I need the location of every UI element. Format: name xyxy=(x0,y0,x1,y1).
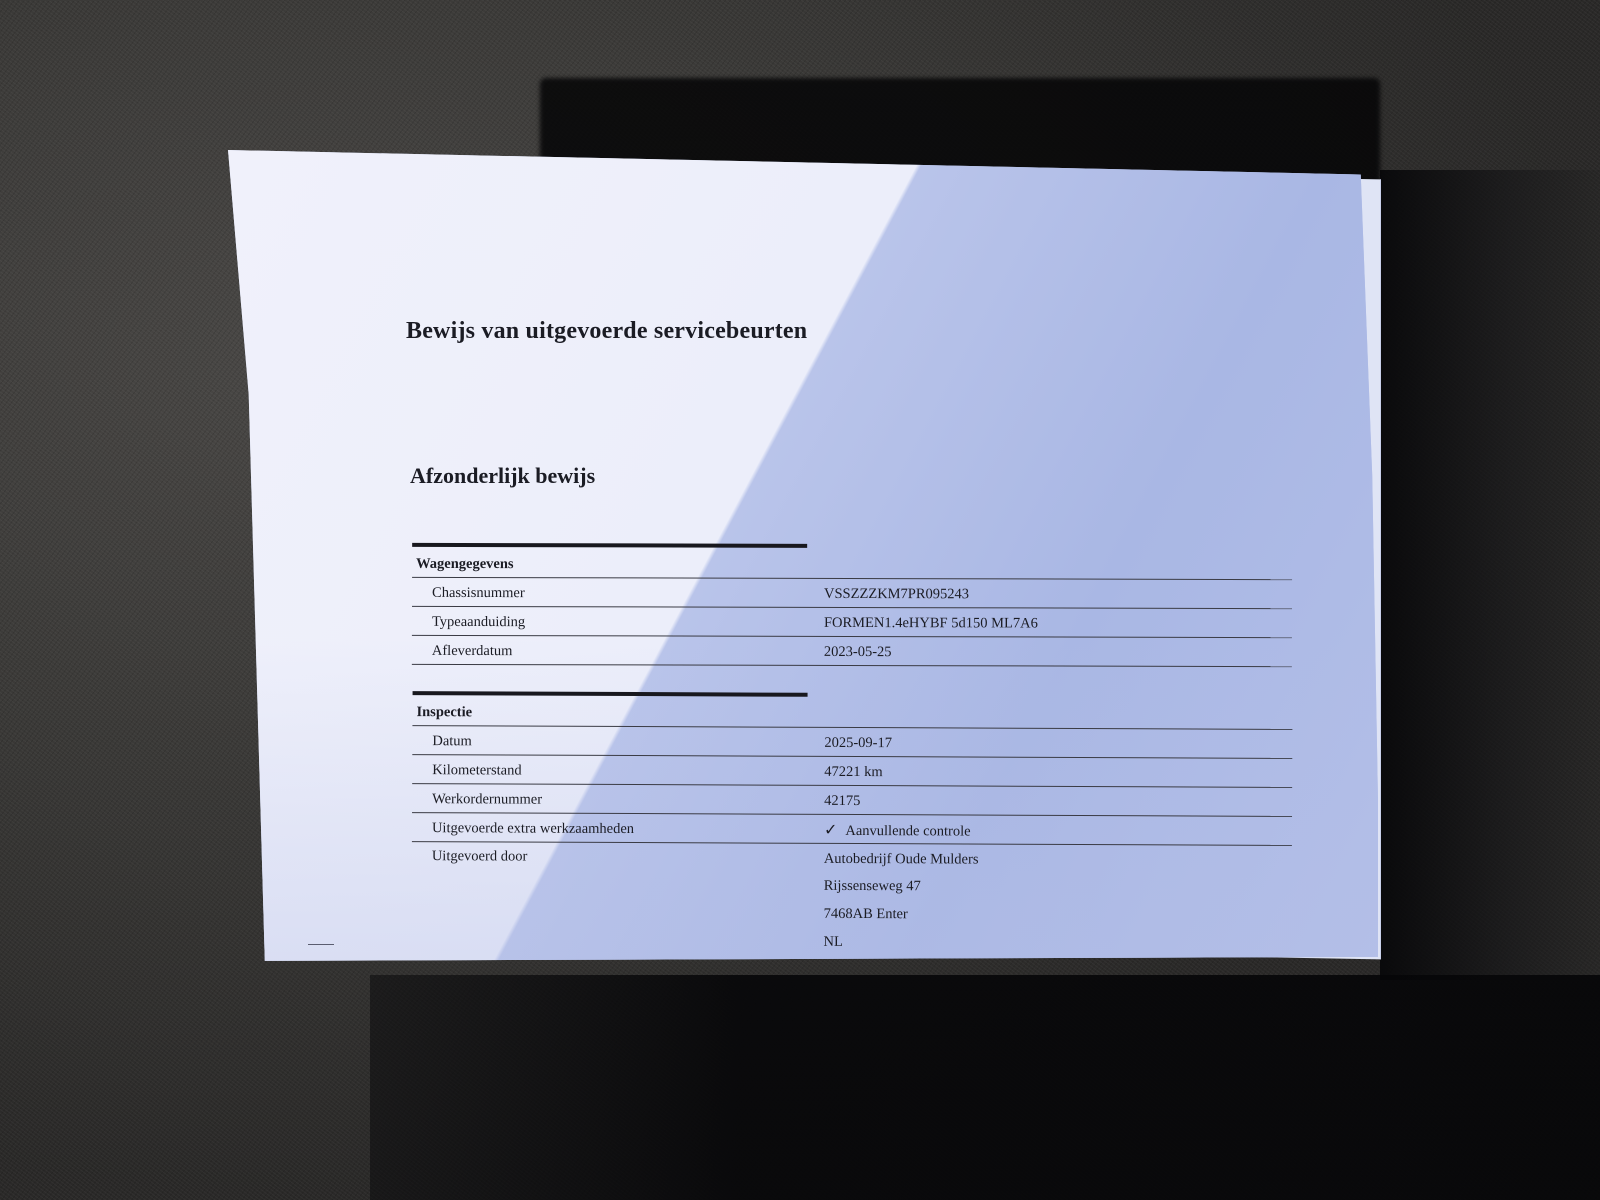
table-row: Chassisnummer VSSZZZKM7PR095243 xyxy=(412,578,1292,609)
row-value: VSSZZZKM7PR095243 xyxy=(824,585,1292,603)
table-row: Kilometerstand 47221 km xyxy=(412,755,1292,788)
row-value: 42175 xyxy=(824,792,1292,811)
address-line: NL xyxy=(823,928,1291,958)
garage-address: Autobedrijf Oude Mulders Rijssenseweg 47… xyxy=(823,846,1291,958)
section-divider xyxy=(412,543,807,548)
shadow xyxy=(1380,170,1600,980)
row-value: 2025-09-17 xyxy=(824,734,1292,753)
section-heading: Inspectie xyxy=(412,701,1292,730)
shadow xyxy=(370,975,1600,1200)
document-title: Bewijs van uitgevoerde servicebeurten xyxy=(406,318,807,345)
table-row: Typeaanduiding FORMEN1.4eHYBF 5d150 ML7A… xyxy=(412,607,1292,638)
checkmark-icon: ✓ xyxy=(824,820,837,840)
address-line: Autobedrijf Oude Mulders xyxy=(824,846,1292,874)
extra-work-value: Aanvullende controle xyxy=(845,823,970,840)
table-row: Datum 2025-09-17 xyxy=(412,726,1292,759)
table-row-performed-by: Uitgevoerd door Autobedrijf Oude Mulders… xyxy=(411,842,1291,958)
row-label: Chassisnummer xyxy=(412,584,824,602)
row-value: FORMEN1.4eHYBF 5d150 ML7A6 xyxy=(824,614,1292,632)
document-content: Bewijs van uitgevoerde servicebeurten Af… xyxy=(228,150,1378,965)
row-label: Datum xyxy=(412,733,824,752)
section-heading: Wagengegevens xyxy=(412,553,1292,580)
inspection-section: Inspectie Datum 2025-09-17 Kilometerstan… xyxy=(411,691,1292,958)
table-row: Afleverdatum 2023-05-25 xyxy=(412,636,1292,667)
table-row: Werkordernummer 42175 xyxy=(412,784,1292,817)
row-label: Typeaanduiding xyxy=(412,613,824,631)
row-label: Uitgevoerde extra werkzaamheden xyxy=(412,820,824,839)
vehicle-data-section: Wagengegevens Chassisnummer VSSZZZKM7PR0… xyxy=(412,543,1292,667)
document-subtitle: Afzonderlijk bewijs xyxy=(410,463,595,489)
service-document: Bewijs van uitgevoerde servicebeurten Af… xyxy=(228,150,1378,965)
table-row: Uitgevoerde extra werkzaamheden ✓Aanvull… xyxy=(412,813,1292,846)
footer-mark xyxy=(308,944,334,945)
row-label: Uitgevoerd door xyxy=(412,844,824,867)
address-line: 7468AB Enter xyxy=(824,900,1292,930)
row-label: Werkordernummer xyxy=(412,791,824,810)
row-value: 47221 km xyxy=(824,763,1292,782)
address-line: Rijssenseweg 47 xyxy=(824,872,1292,902)
row-label: Kilometerstand xyxy=(412,762,824,781)
row-value: 2023-05-25 xyxy=(824,643,1292,661)
row-value: ✓Aanvullende controle xyxy=(824,820,1292,842)
row-label: Afleverdatum xyxy=(412,642,824,660)
section-divider xyxy=(413,691,808,697)
